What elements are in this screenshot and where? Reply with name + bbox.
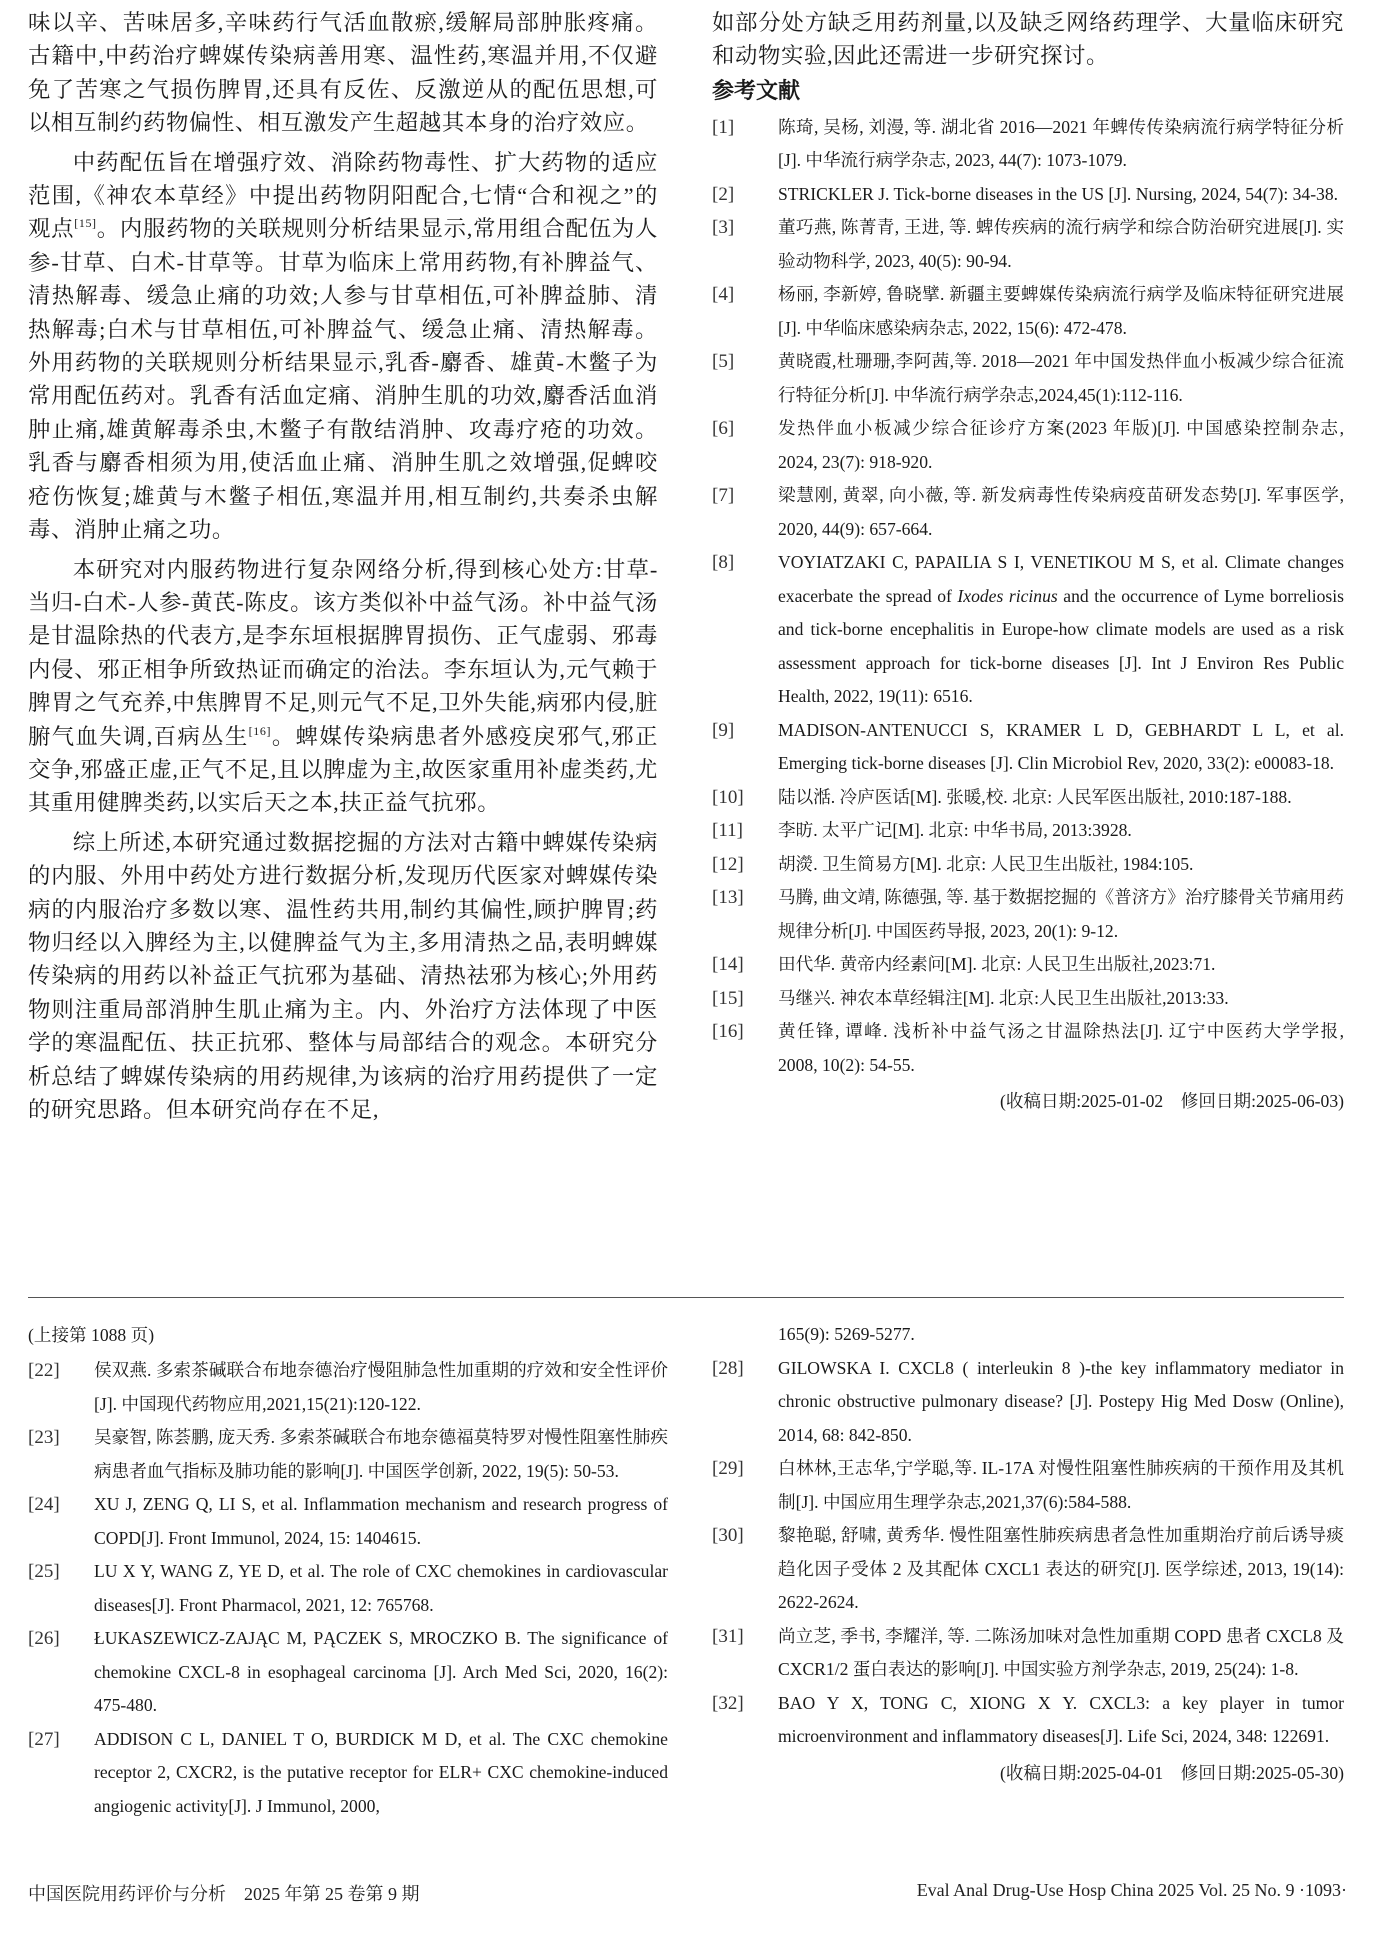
reference-item-6: [6]发热伴血小板减少综合征诊疗方案(2023 年版)[J]. 中国感染控制杂志… — [712, 412, 1344, 479]
citation-15[interactable]: [15] — [74, 216, 96, 230]
reference-item-23: [23]吴豪智, 陈荟鹏, 庞天秀. 多索茶碱联合布地奈德福莫特罗对慢性阻塞性肺… — [28, 1421, 668, 1488]
species-name: Ixodes ricinus — [957, 586, 1057, 606]
continued-references-right: 165(9): 5269-5277. [28]GILOWSKA I. CXCL8… — [712, 1318, 1344, 1790]
journal-footer-chinese: 中国医院用药评价与分析 2025 年第 25 卷第 9 期 — [28, 1880, 420, 1906]
reference-item-15: [15]马继兴. 神农本草经辑注[M]. 北京:人民卫生出版社,2013:33. — [712, 982, 1344, 1016]
received-revised-dates-continued: (收稿日期:2025-04-01 修回日期:2025-05-30) — [712, 1756, 1344, 1790]
reference-item-12: [12]胡濙. 卫生简易方[M]. 北京: 人民卫生出版社, 1984:105. — [712, 848, 1344, 882]
reference-item-8: [8]VOYIATZAKI C, PAPAILIA S I, VENETIKOU… — [712, 546, 1344, 714]
references-heading: 参考文献 — [712, 75, 1344, 109]
reference-item-30: [30]黎艳聪, 舒啸, 黄秀华. 慢性阻塞性肺疾病患者急性加重期治疗前后诱导痰… — [712, 1519, 1344, 1620]
journal-footer-english-page-number: Eval Anal Drug-Use Hosp China 2025 Vol. … — [917, 1880, 1347, 1901]
reference-item-31: [31]尚立芝, 季书, 李耀洋, 等. 二陈汤加味对急性加重期 COPD 患者… — [712, 1620, 1344, 1687]
article-body-left-column: 味以辛、苦味居多,辛味药行气活血散瘀,缓解局部肿胀疼痛。古籍中,中药治疗蜱媒传染… — [28, 6, 658, 1126]
reference-item-3: [3]董巧燕, 陈菁青, 王进, 等. 蜱传疾病的流行病学和综合防治研究进展[J… — [712, 211, 1344, 278]
body-continuation: 如部分处方缺乏用药剂量,以及缺乏网络药理学、大量临床研究和动物实验,因此还需进一… — [712, 6, 1344, 73]
reference-item-29: [29]白林林,王志华,宁学聪,等. IL-17A 对慢性阻塞性肺疾病的干预作用… — [712, 1452, 1344, 1519]
body-paragraph-4: 综上所述,本研究通过数据挖掘的方法对古籍中蜱媒传染病的内服、外用中药处方进行数据… — [28, 820, 658, 1127]
reference-item-10: [10]陆以湉. 冷庐医话[M]. 张暖,校. 北京: 人民军医出版社, 201… — [712, 781, 1344, 815]
reference-27-continuation: 165(9): 5269-5277. — [712, 1318, 1344, 1352]
reference-item-1: [1]陈琦, 吴杨, 刘漫, 等. 湖北省 2016—2021 年蜱传传染病流行… — [712, 111, 1344, 178]
continued-reference-list-right: [28]GILOWSKA I. CXCL8 ( interleukin 8 )-… — [712, 1352, 1344, 1754]
reference-item-28: [28]GILOWSKA I. CXCL8 ( interleukin 8 )-… — [712, 1352, 1344, 1453]
reference-item-32: [32]BAO Y X, TONG C, XIONG X Y. CXCL3: a… — [712, 1687, 1344, 1754]
reference-item-14: [14]田代华. 黄帝内经素问[M]. 北京: 人民卫生出版社,2023:71. — [712, 948, 1344, 982]
body-paragraph-3: 本研究对内服药物进行复杂网络分析,得到核心处方:甘草-当归-白术-人参-黄芪-陈… — [28, 547, 658, 820]
reference-item-26: [26]ŁUKASZEWICZ-ZAJĄC M, PĄCZEK S, MROCZ… — [28, 1622, 668, 1723]
reference-item-11: [11]李昉. 太平广记[M]. 北京: 中华书局, 2013:3928. — [712, 814, 1344, 848]
reference-item-24: [24]XU J, ZENG Q, LI S, et al. Inflammat… — [28, 1488, 668, 1555]
reference-list: [1]陈琦, 吴杨, 刘漫, 等. 湖北省 2016—2021 年蜱传传染病流行… — [712, 111, 1344, 1083]
section-divider — [28, 1297, 1344, 1298]
reference-item-7: [7]梁慧刚, 黄翠, 向小薇, 等. 新发病毒性传染病疫苗研发态势[J]. 军… — [712, 479, 1344, 546]
reference-item-2: [2]STRICKLER J. Tick-borne diseases in t… — [712, 178, 1344, 212]
continued-references-left: (上接第 1088 页) [22]侯双燕. 多索茶碱联合布地奈德治疗慢阻肺急性加… — [28, 1318, 668, 1823]
continued-reference-list-left: [22]侯双燕. 多索茶碱联合布地奈德治疗慢阻肺急性加重期的疗效和安全性评价[J… — [28, 1354, 668, 1823]
article-right-column: 如部分处方缺乏用药剂量,以及缺乏网络药理学、大量临床研究和动物实验,因此还需进一… — [712, 6, 1344, 1118]
reference-item-16: [16]黄任锋, 谭峰. 浅析补中益气汤之甘温除热法[J]. 辽宁中医药大学学报… — [712, 1015, 1344, 1082]
body-paragraph-1: 味以辛、苦味居多,辛味药行气活血散瘀,缓解局部肿胀疼痛。古籍中,中药治疗蜱媒传染… — [28, 6, 658, 140]
citation-16[interactable]: [16] — [249, 724, 271, 738]
reference-item-4: [4]杨丽, 李新婷, 鲁晓擘. 新疆主要蜱媒传染病流行病学及临床特征研究进展[… — [712, 278, 1344, 345]
body-paragraph-2: 中药配伍旨在增强疗效、消除药物毒性、扩大药物的适应范围,《神农本草经》中提出药物… — [28, 140, 658, 547]
reference-item-5: [5]黄晓霞,杜珊珊,李阿茜,等. 2018—2021 年中国发热伴血小板减少综… — [712, 345, 1344, 412]
continued-from-label: (上接第 1088 页) — [28, 1318, 668, 1352]
reference-item-13: [13]马腾, 曲文靖, 陈德强, 等. 基于数据挖掘的《普济方》治疗膝骨关节痛… — [712, 881, 1344, 948]
reference-item-27: [27]ADDISON C L, DANIEL T O, BURDICK M D… — [28, 1723, 668, 1824]
reference-item-22: [22]侯双燕. 多索茶碱联合布地奈德治疗慢阻肺急性加重期的疗效和安全性评价[J… — [28, 1354, 668, 1421]
received-revised-dates: (收稿日期:2025-01-02 修回日期:2025-06-03) — [712, 1084, 1344, 1118]
reference-item-9: [9]MADISON-ANTENUCCI S, KRAMER L D, GEBH… — [712, 714, 1344, 781]
reference-item-25: [25]LU X Y, WANG Z, YE D, et al. The rol… — [28, 1555, 668, 1622]
